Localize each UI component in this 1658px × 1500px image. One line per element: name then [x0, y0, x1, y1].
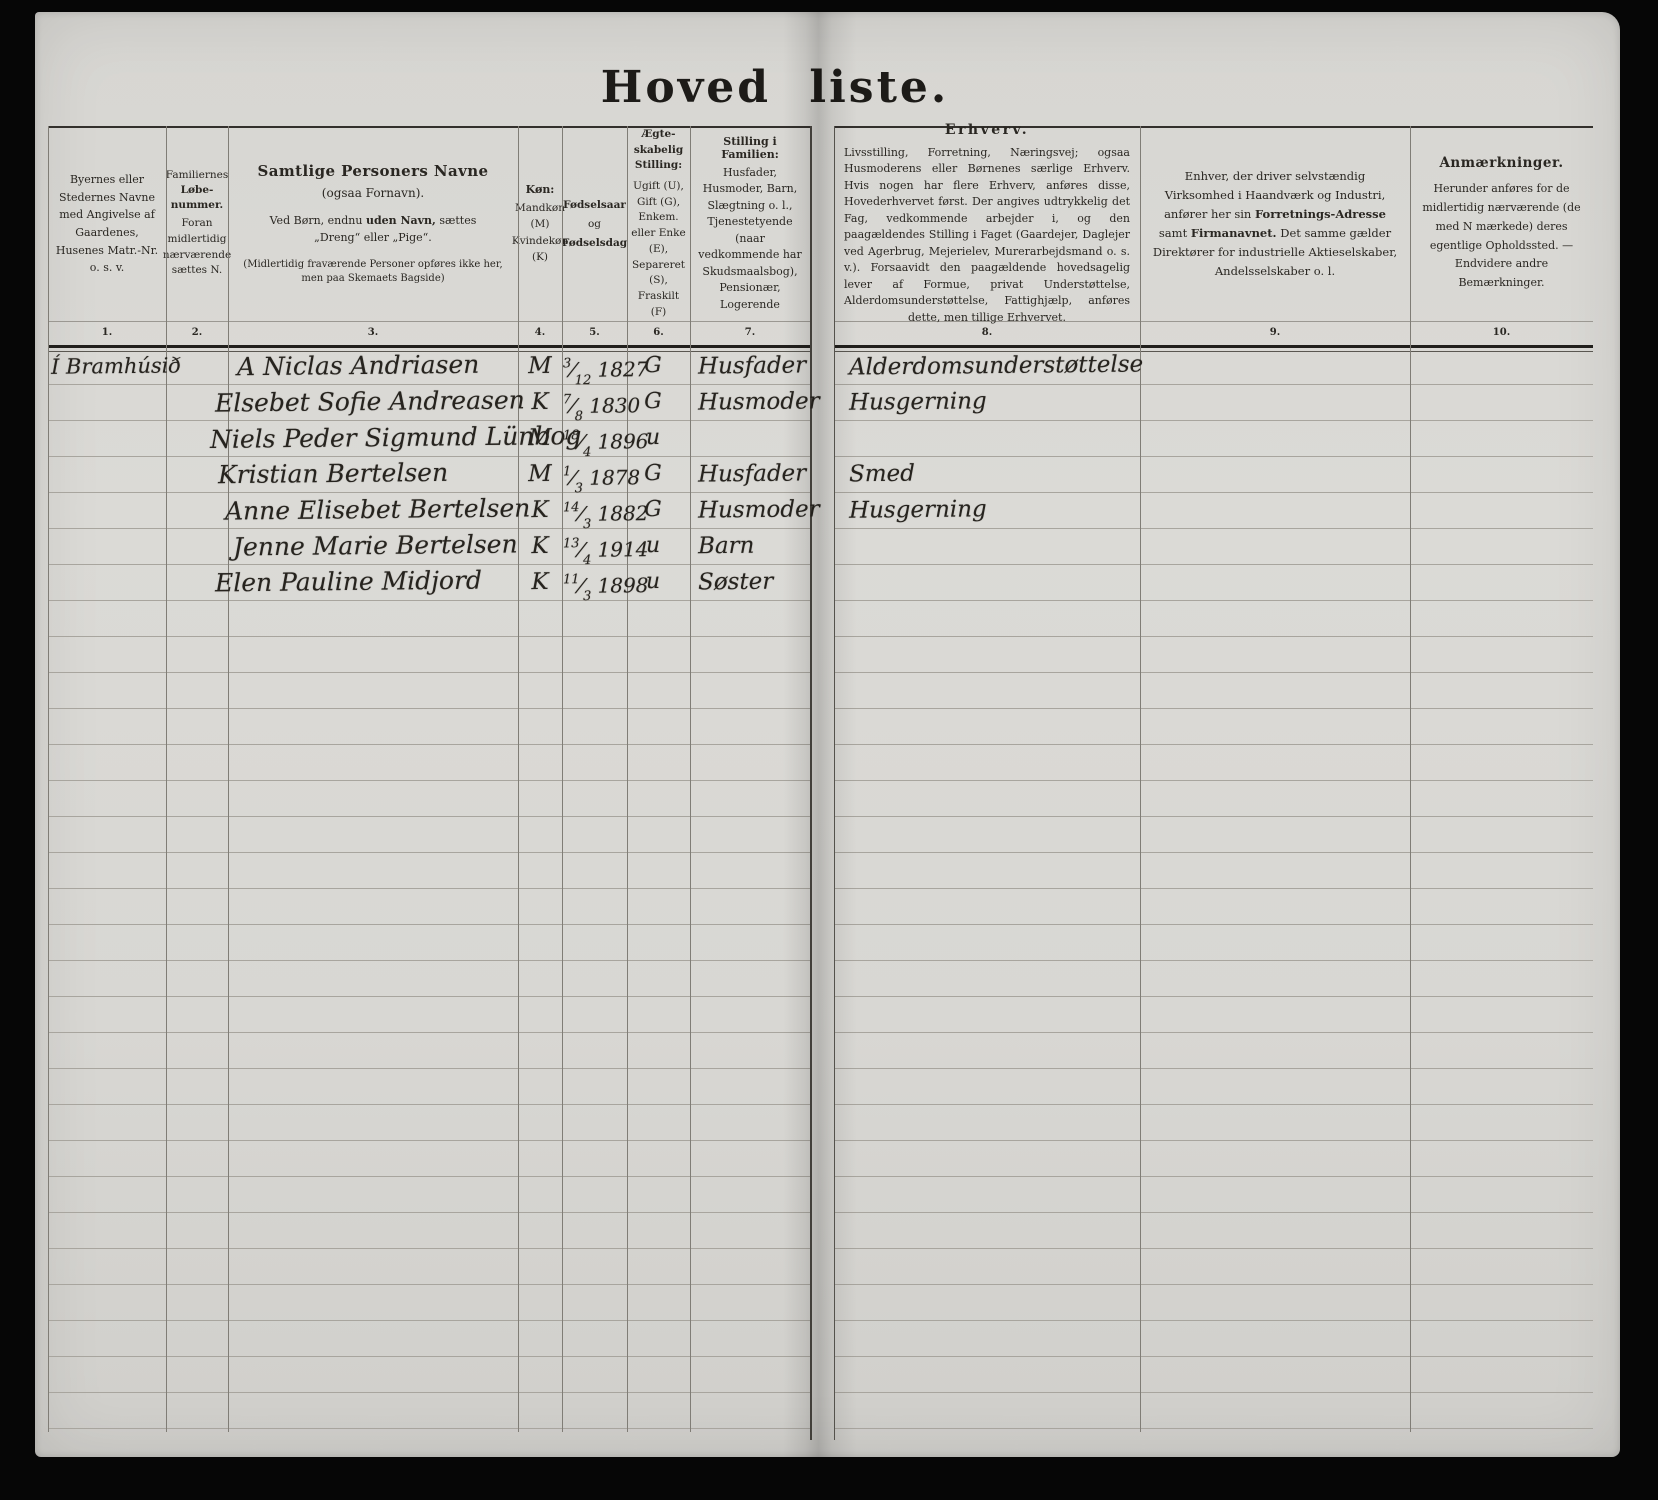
row-line — [834, 636, 1593, 637]
row-line — [48, 744, 810, 745]
names-title: Samtlige Personers Navne — [258, 162, 489, 180]
row-line — [834, 780, 1593, 781]
row-line — [48, 1428, 810, 1429]
row-line — [834, 1176, 1593, 1177]
row-line — [48, 816, 810, 817]
row-line — [834, 1104, 1593, 1105]
entry-place: Í Bramhúsið — [51, 348, 211, 386]
column-header-occupation: Erhverv. Livsstilling, Forretning, Nærin… — [834, 130, 1140, 318]
column-divider — [518, 126, 519, 1432]
column-header-family-number: Familiernes Løbe- nummer. Foran midlerti… — [166, 130, 228, 318]
entry-family-position: Husmoder — [698, 384, 820, 421]
family-number-line3: Foran midlertidig nærværende sættes N. — [163, 216, 231, 279]
row-line — [834, 1320, 1593, 1321]
row-line — [834, 672, 1593, 673]
row-line — [834, 1068, 1593, 1069]
business-body: Enhver, der driver selvstændig Virksomhe… — [1152, 167, 1398, 281]
entry-marital: G — [631, 385, 675, 421]
family-number-line1: Familiernes — [166, 169, 228, 181]
entry-marital: u — [631, 529, 675, 565]
entry-sex: K — [518, 529, 562, 565]
entry-name: Elen Pauline Midjord — [215, 564, 482, 603]
column-number-4: 4. — [518, 327, 562, 343]
row-line — [834, 600, 1593, 601]
row-line — [48, 1104, 810, 1105]
entry-name: Jenne Marie Bertelsen — [233, 528, 518, 567]
entry-family-position: Søster — [698, 565, 774, 602]
entry-birth: 3⁄12 1827 — [563, 349, 633, 386]
sex-title: Køn: — [526, 183, 555, 196]
row-line — [48, 708, 810, 709]
row-line — [834, 564, 1593, 565]
entry-occupation: Husgerning — [849, 384, 987, 421]
entry-birth: 18⁄4 1896 — [563, 421, 633, 458]
business-part4: Firmanavnet. — [1191, 226, 1277, 240]
names-note3: (Midlertidig fraværende Personer opføres… — [234, 258, 512, 287]
entry-name: Anne Elisebet Bertelsen — [225, 491, 531, 530]
column-number-1: 1. — [48, 327, 166, 343]
entry-occupation: Alderdomsunderstøttelse — [849, 347, 1144, 386]
row-line — [834, 1392, 1593, 1393]
family-number-line2: Løbe- nummer. — [171, 183, 223, 213]
header-bottom-rule-right — [834, 345, 1593, 348]
column-divider — [627, 126, 628, 1432]
entry-birth: 13⁄4 1914 — [563, 529, 633, 566]
column-header-sex: Køn: Mandkøn (M) Kvindekøn (K) — [518, 130, 562, 318]
row-line — [834, 816, 1593, 817]
scanned-census-sheet: Hoved liste. Byernes eller Stedernes Nav… — [0, 0, 1658, 1500]
entry-birth: 11⁄3 1898 — [563, 565, 633, 602]
column-number-3: 3. — [228, 327, 518, 343]
header-top-rule-left — [48, 126, 810, 128]
entry-marital: G — [631, 493, 675, 529]
column-header-remarks: Anmærkninger. Herunder anføres for de mi… — [1410, 130, 1593, 318]
column-number-8: 8. — [834, 327, 1140, 343]
row-line — [834, 924, 1593, 925]
birth-line3: Fødselsdag — [562, 237, 627, 249]
entry-birth: 7⁄8 1830 — [563, 385, 633, 422]
column-header-place-text: Byernes eller Stedernes Navne med Angive… — [54, 171, 160, 277]
entry-family-position: Husfader — [698, 348, 807, 385]
row-line — [834, 1284, 1593, 1285]
column-header-marital: Ægte- skabelig Stilling: Ugift (U), Gift… — [627, 130, 690, 318]
names-note2: „Dreng“ eller „Pige“. — [314, 231, 432, 244]
entry-occupation: Husgerning — [849, 492, 987, 529]
occupation-body: Livsstilling, Forretning, Næringsvej; og… — [844, 145, 1130, 327]
entry-family-position: Husfader — [698, 456, 807, 493]
names-subtitle: (ogsaa Fornavn). — [322, 186, 424, 200]
entry-occupation: Smed — [849, 457, 915, 494]
entry-sex: K — [518, 565, 562, 601]
column-header-place: Byernes eller Stedernes Navne med Angive… — [48, 130, 166, 318]
column-divider — [228, 126, 229, 1432]
entry-birth: 14⁄3 1882 — [563, 493, 633, 530]
row-line — [48, 1320, 810, 1321]
row-line — [48, 924, 810, 925]
marital-title: Ægte- skabelig Stilling: — [630, 127, 687, 173]
row-line — [834, 1140, 1593, 1141]
names-note1: Ved Børn, endnu uden Navn, sættes — [270, 214, 477, 227]
remarks-body: Herunder anføres for de midlertidig nærv… — [1418, 180, 1585, 292]
entry-name: A Niclas Andriasen — [237, 348, 480, 387]
column-divider — [1140, 126, 1141, 1432]
column-number-2: 2. — [166, 327, 228, 343]
entry-sex: M — [518, 457, 562, 493]
row-line — [834, 996, 1593, 997]
row-line — [834, 1032, 1593, 1033]
row-line — [48, 1140, 810, 1141]
row-line — [834, 1428, 1593, 1429]
row-line — [48, 1284, 810, 1285]
entry-sex: M — [518, 421, 562, 457]
column-number-6: 6. — [627, 327, 690, 343]
birth-line2: og — [588, 218, 601, 230]
column-divider — [562, 126, 563, 1432]
marital-body: Ugift (U), Gift (G), Enkem. eller Enke (… — [630, 179, 687, 321]
entry-marital: u — [631, 565, 675, 601]
column-number-7: 7. — [690, 327, 810, 343]
entry-birth: 1⁄3 1878 — [563, 457, 633, 494]
row-line — [48, 1032, 810, 1033]
row-line — [48, 852, 810, 853]
column-divider — [1410, 126, 1411, 1432]
entry-name: Kristian Bertelsen — [218, 456, 449, 494]
column-header-business: Enhver, der driver selvstændig Virksomhe… — [1140, 130, 1410, 318]
column-number-10: 10. — [1410, 327, 1593, 343]
business-part2: Forretnings-Adresse — [1255, 207, 1386, 221]
column-divider — [166, 126, 167, 1432]
row-line — [48, 888, 810, 889]
row-line — [834, 708, 1593, 709]
row-line — [834, 960, 1593, 961]
row-line — [834, 852, 1593, 853]
remarks-title: Anmærkninger. — [1439, 155, 1563, 171]
column-number-5: 5. — [562, 327, 627, 343]
paper: Hoved liste. Byernes eller Stedernes Nav… — [35, 12, 1620, 1457]
names-note1c: sættes — [436, 214, 476, 227]
entry-sex: K — [518, 493, 562, 529]
entry-family-position: Barn — [698, 529, 755, 566]
column-header-birth: Fødselsaar og Fødselsdag — [562, 130, 627, 318]
left-page-edge — [810, 126, 812, 1440]
row-line — [834, 744, 1593, 745]
column-divider — [690, 126, 691, 1432]
entry-family-position: Husmoder — [698, 492, 820, 529]
row-line — [48, 960, 810, 961]
family-position-title: Stilling i Familien: — [696, 135, 804, 161]
occupation-title: Erhverv. — [945, 122, 1029, 138]
names-note1b: uden Navn, — [366, 214, 436, 227]
right-page-edge — [834, 126, 835, 1440]
row-line — [48, 1212, 810, 1213]
row-line — [48, 1356, 810, 1357]
row-line — [48, 1392, 810, 1393]
row-line — [48, 672, 810, 673]
row-line — [834, 1212, 1593, 1213]
family-position-body: Husfader, Husmoder, Barn, Slægtning o. l… — [696, 165, 804, 314]
sex-body: Mandkøn (M) Kvindekøn (K) — [512, 200, 568, 265]
column-number-9: 9. — [1140, 327, 1410, 343]
column-divider — [48, 126, 49, 1432]
column-header-family-position: Stilling i Familien: Husfader, Husmoder,… — [690, 130, 810, 318]
business-part3: samt — [1159, 226, 1191, 240]
entry-name: Elsebet Sofie Andreasen — [215, 383, 525, 422]
row-line — [834, 1356, 1593, 1357]
entry-marital: G — [631, 457, 675, 493]
names-note1a: Ved Børn, endnu — [270, 214, 366, 227]
entry-marital: u — [631, 421, 675, 457]
column-header-names: Samtlige Personers Navne (ogsaa Fornavn)… — [228, 130, 518, 318]
row-line — [48, 636, 810, 637]
birth-line1: Fødselsaar — [563, 199, 626, 211]
row-line — [48, 780, 810, 781]
entry-marital: G — [631, 349, 675, 385]
number-row-line-left — [48, 321, 810, 322]
row-line — [834, 456, 1593, 457]
entry-sex: K — [518, 385, 562, 421]
row-line — [48, 1248, 810, 1249]
row-line — [834, 888, 1593, 889]
row-line — [48, 996, 810, 997]
row-line — [834, 1248, 1593, 1249]
row-line — [48, 1176, 810, 1177]
entry-sex: M — [518, 349, 562, 385]
page-title: Hoved liste. — [425, 62, 1125, 114]
row-line — [48, 1068, 810, 1069]
